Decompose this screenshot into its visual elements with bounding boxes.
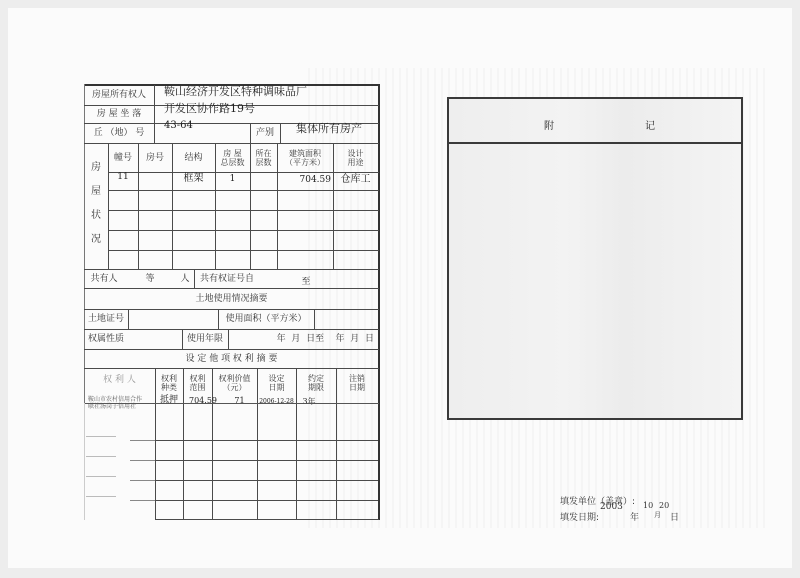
cell-total-floors: 1 (215, 172, 250, 186)
issuer-label: 填发单位（盖章）: (560, 497, 635, 507)
issuer-line: 填发单位（盖章）: (560, 494, 635, 507)
col-total-floors: 房 屋 总层数 (215, 145, 250, 171)
col-area: 建筑面积 （平方米） (277, 145, 333, 171)
owner-label: 房屋所有权人 (84, 85, 154, 105)
annex-title-left: 附 (544, 117, 554, 132)
issue-month-unit: 月 (654, 510, 661, 520)
lot-label: 丘 （地） 号 (84, 123, 154, 143)
land-term-value: 年 月 日至 年 月 日 (228, 329, 378, 349)
issue-day: 20 (659, 501, 669, 510)
co-owner-count-label: 等 (140, 270, 160, 288)
cell-agreed-term: 3年 (296, 396, 322, 408)
cell-structure: 框架 (172, 172, 215, 186)
cell-set-date: 2006-12-28 (257, 396, 296, 408)
other-rights-title: 设 定 他 项 权 利 摘 要 (84, 350, 379, 368)
issue-date-label: 填发日期: (560, 513, 599, 523)
cell-rights-type: 抵押 (155, 393, 183, 407)
col-structure: 结构 (172, 145, 215, 171)
lot-value: 43-64 (160, 118, 240, 134)
issue-day-unit: 日 (670, 510, 679, 523)
co-owner-person-label: 人 (176, 270, 194, 288)
annex-panel: 附 记 (447, 97, 743, 420)
category-value: 集体所有房产 (280, 119, 378, 139)
owner-value: 鞍山经济开发区特种调味品厂 (160, 82, 375, 102)
land-nature-label: 权属性质 (84, 329, 128, 349)
side-char: 状 (84, 209, 108, 223)
col-room-no: 房号 (138, 145, 172, 171)
issue-date-line: 填发日期: (560, 510, 599, 523)
col-set-date: 设定 日期 (257, 369, 296, 397)
land-term-label: 使用年限 (182, 329, 228, 349)
side-char: 况 (84, 233, 108, 247)
issue-year-unit: 年 (630, 510, 639, 523)
cell-rights-holder: 鞍山市农村信用合作 联社汤岗子信用社 (84, 393, 155, 415)
col-building-no: 幢号 (108, 145, 138, 171)
col-floor: 所在 层数 (250, 145, 277, 171)
issue-year: 2003 (600, 502, 623, 512)
col-cancel-date: 注销 日期 (336, 369, 378, 397)
house-status-side-label: 房 屋 状 况 (84, 143, 108, 269)
col-usage: 设计 用途 (333, 145, 378, 171)
cell-rights-value: 71 (222, 394, 257, 408)
cell-rights-scope: 704.59 (183, 394, 223, 408)
land-cert-label: 土地证号 (84, 309, 128, 329)
location-label: 房 屋 坐 落 (84, 105, 154, 123)
col-agreed-term: 约定 期限 (296, 369, 336, 397)
annex-title-right: 记 (645, 117, 655, 132)
co-owner-label: 共有人 (84, 270, 124, 288)
col-rights-scope: 权利 范围 (183, 369, 212, 397)
location-value: 开发区协作路19号 (160, 100, 375, 118)
land-use-title: 土地使用情况摘要 (84, 289, 379, 309)
col-rights-value: 权利价值 （元） (212, 369, 257, 397)
land-area-label: 使用面积（平方米） (218, 309, 314, 329)
side-char: 房 (84, 161, 108, 175)
annex-header: 附 记 (449, 99, 741, 144)
cell-building-no: 11 (108, 170, 138, 184)
category-label: 产别 (250, 123, 280, 143)
cell-usage: 仓库工 (333, 173, 378, 187)
cell-area: 704.59 (277, 173, 333, 187)
col-rights-holder: 权 利 人 (84, 369, 155, 391)
side-char: 屋 (84, 185, 108, 199)
co-cert-from-label: 共有权证号自 (196, 270, 276, 288)
issue-month: 10 (643, 501, 653, 510)
